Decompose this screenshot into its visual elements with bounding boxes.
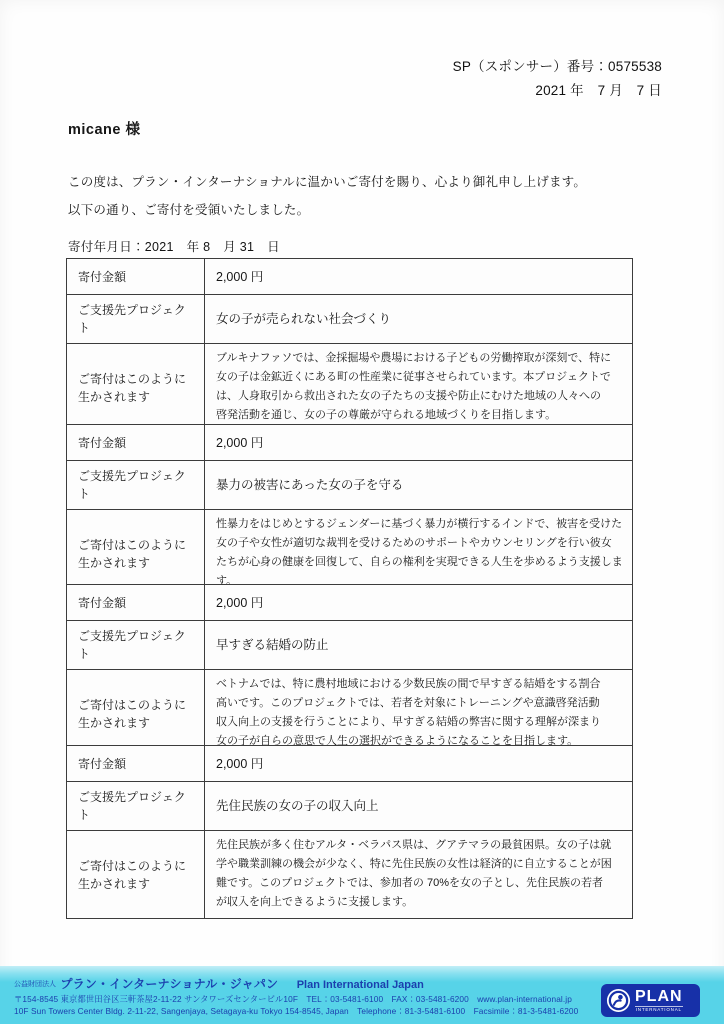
project-label: ご支援先プロジェクト	[67, 621, 205, 669]
sponsor-number: SP（スポンサー）番号：0575538	[453, 55, 662, 79]
sponsor-header: SP（スポンサー）番号：0575538 2021 年 7 月 7 日	[453, 55, 662, 103]
recipient-name: micane 様	[68, 118, 141, 139]
plan-logo-text: PLAN	[635, 989, 683, 1005]
usage-label: ご寄付はこのように生かされます	[67, 831, 205, 918]
intro-paragraph: この度は、プラン・インターナショナルに温かいご寄付を賜り、心より御礼申し上げます…	[68, 168, 586, 224]
usage-description: 先住民族が多く住むアルタ・ベラパス県は、グアテマラの最貧困県。女の子は就 学や職…	[205, 831, 632, 918]
donation-receipt-letter: SP（スポンサー）番号：0575538 2021 年 7 月 7 日 mican…	[0, 0, 724, 1024]
table-row: ご支援先プロジェクト 先住民族の女の子の収入向上	[67, 782, 632, 831]
letter-date: 2021 年 7 月 7 日	[453, 79, 662, 103]
project-label: ご支援先プロジェクト	[67, 461, 205, 509]
footer-address-japanese: 〒154-8545 東京都世田谷区三軒茶屋2-11-22 サンタワーズセンタービ…	[14, 993, 572, 1005]
donation-table-3: 寄付金額 2,000 円 ご支援先プロジェクト 早すぎる結婚の防止 ご寄付はこの…	[66, 584, 633, 758]
table-row: ご寄付はこのように生かされます ブルキナファソでは、金採掘場や農場における子ども…	[67, 344, 632, 431]
project-label: ご支援先プロジェクト	[67, 782, 205, 830]
table-row: 寄付金額 2,000 円	[67, 425, 632, 461]
plan-logo-subtext: INTERNATIONAL	[635, 1006, 683, 1013]
plan-international-logo: PLAN INTERNATIONAL	[601, 984, 700, 1017]
table-row: 寄付金額 2,000 円	[67, 259, 632, 295]
donation-table-1: 寄付金額 2,000 円 ご支援先プロジェクト 女の子が売られない社会づくり ご…	[66, 258, 633, 432]
org-legal-prefix: 公益財団法人	[14, 981, 56, 988]
amount-value: 2,000 円	[205, 425, 632, 460]
project-label: ご支援先プロジェクト	[67, 295, 205, 343]
intro-line-2: 以下の通り、ご寄付を受領いたしました。	[68, 196, 586, 224]
table-row: ご寄付はこのように生かされます ベトナムでは、特に農村地域における少数民族の間で…	[67, 670, 632, 757]
plan-child-circle-icon	[606, 988, 631, 1013]
intro-line-1: この度は、プラン・インターナショナルに温かいご寄付を賜り、心より御礼申し上げます…	[68, 168, 586, 196]
amount-label: 寄付金額	[67, 585, 205, 620]
amount-value: 2,000 円	[205, 585, 632, 620]
plan-logo-words: PLAN INTERNATIONAL	[635, 989, 683, 1013]
table-row: 寄付金額 2,000 円	[67, 746, 632, 782]
table-row: ご寄付はこのように生かされます 先住民族が多く住むアルタ・ベラパス県は、グアテマ…	[67, 831, 632, 918]
amount-value: 2,000 円	[205, 259, 632, 294]
usage-description: ベトナムでは、特に農村地域における少数民族の間で早すぎる結婚をする割合 高いです…	[205, 670, 632, 757]
project-value: 先住民族の女の子の収入向上	[205, 782, 632, 830]
org-name-japanese: プラン・インターナショナル・ジャパン	[60, 977, 278, 991]
donation-table-4: 寄付金額 2,000 円 ご支援先プロジェクト 先住民族の女の子の収入向上 ご寄…	[66, 745, 633, 919]
org-name-english: Plan International Japan	[297, 979, 424, 991]
amount-label: 寄付金額	[67, 259, 205, 294]
footer-address-english: 10F Sun Towers Center Bldg. 2-11-22, San…	[14, 1005, 578, 1017]
footer-organization: 公益財団法人 プラン・インターナショナル・ジャパン Plan Internati…	[14, 975, 424, 993]
project-value: 早すぎる結婚の防止	[205, 621, 632, 669]
amount-value: 2,000 円	[205, 746, 632, 781]
usage-label: ご寄付はこのように生かされます	[67, 344, 205, 431]
footer-band: 公益財団法人 プラン・インターナショナル・ジャパン Plan Internati…	[0, 966, 724, 1024]
donation-table-2: 寄付金額 2,000 円 ご支援先プロジェクト 暴力の被害にあった女の子を守る …	[66, 424, 633, 598]
table-row: ご支援先プロジェクト 暴力の被害にあった女の子を守る	[67, 461, 632, 510]
table-row: ご支援先プロジェクト 早すぎる結婚の防止	[67, 621, 632, 670]
project-value: 暴力の被害にあった女の子を守る	[205, 461, 632, 509]
usage-label: ご寄付はこのように生かされます	[67, 670, 205, 757]
table-row: ご支援先プロジェクト 女の子が売られない社会づくり	[67, 295, 632, 344]
donation-date: 寄付年月日：2021 年 8 月 31 日	[68, 237, 280, 255]
amount-label: 寄付金額	[67, 746, 205, 781]
project-value: 女の子が売られない社会づくり	[205, 295, 632, 343]
usage-description: ブルキナファソでは、金採掘場や農場における子どもの労働搾取が深刻で、特に 女の子…	[205, 344, 632, 431]
table-row: 寄付金額 2,000 円	[67, 585, 632, 621]
amount-label: 寄付金額	[67, 425, 205, 460]
